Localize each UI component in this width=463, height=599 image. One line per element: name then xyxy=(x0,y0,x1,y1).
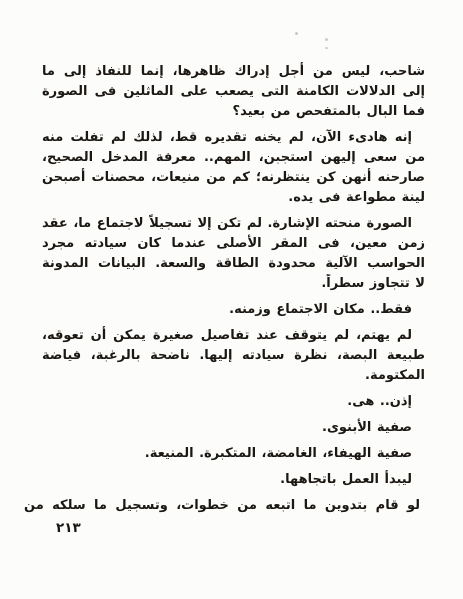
paragraph: شاحب، ليس من أجل إدراك ظاهرها، إنما للنف… xyxy=(42,62,425,122)
text-line: صفية الأبنوى. xyxy=(42,418,425,438)
paragraph: فقط.. مكان الاجتماع وزمنه. xyxy=(42,300,425,320)
text-line: لم يهتم، لم يتوقف عند تفاصيل صغيرة يمكن … xyxy=(42,326,425,346)
paragraph: ليبدأ العمل باتجاهها. xyxy=(42,470,425,490)
text-line: صفية الهيفاء، الغامضة، المتكبرة. المنيعة… xyxy=(42,444,425,464)
text-line: إذن.. هى. xyxy=(42,392,425,412)
text-line: شاحب، ليس من أجل إدراك ظاهرها، إنما للنف… xyxy=(42,62,425,82)
text-line: لا تتجاوز سطراً. xyxy=(42,274,425,294)
text-line: المكتومة. xyxy=(42,366,425,386)
text-line: إلى الدلالات الكامنة التى يصعب على الماث… xyxy=(42,82,425,102)
text-line: الصورة منحته الإشارة. لم تكن إلا تسجيلاً… xyxy=(42,214,425,234)
paragraph: إذن.. هى. xyxy=(42,392,425,412)
text-line: فما البال بالمتفحص من بعيد؟ xyxy=(42,102,425,122)
paragraph: صفية الهيفاء، الغامضة، المتكبرة. المنيعة… xyxy=(42,444,425,464)
paragraph: صفية الأبنوى. xyxy=(42,418,425,438)
text-line: لو قام بتدوين ما اتبعه من خطوات، وتسجيل … xyxy=(24,496,433,516)
paragraph: إنه هادىء الآن، لم يخنه تقديره قط، لذلك … xyxy=(42,128,425,208)
text-line: إنه هادىء الآن، لم يخنه تقديره قط، لذلك … xyxy=(42,128,425,148)
paragraph: لم يهتم، لم يتوقف عند تفاصيل صغيرة يمكن … xyxy=(42,326,425,386)
text-line: ليبدأ العمل باتجاهها. xyxy=(42,470,425,490)
book-page: شاحب، ليس من أجل إدراك ظاهرها، إنما للنف… xyxy=(0,0,463,599)
text-line: لينة مطواعة فى يده. xyxy=(42,188,425,208)
page-number: ٢١٣ xyxy=(56,520,81,536)
text-line: زمن معين، فى المقر الأصلى عندما كان سياد… xyxy=(42,234,425,254)
text-line: صارحنه أنهن كن ينتظرنه؛ كم من منيعات، مح… xyxy=(42,168,425,188)
paragraph: الصورة منحته الإشارة. لم تكن إلا تسجيلاً… xyxy=(42,214,425,294)
scan-speck-icon xyxy=(325,47,328,49)
text-line: طبيعة البصة، نظرة سيادته إليها. ناضحة با… xyxy=(42,346,425,366)
scan-speck-icon xyxy=(325,38,328,41)
paragraph: لو قام بتدوين ما اتبعه من خطوات، وتسجيل … xyxy=(42,496,425,516)
text-block: شاحب، ليس من أجل إدراك ظاهرها، إنما للنف… xyxy=(42,62,425,522)
text-line: فقط.. مكان الاجتماع وزمنه. xyxy=(42,300,425,320)
text-line: من سعى إليهن استجبن، المهم.. معرفة المدخ… xyxy=(42,148,425,168)
scan-speck-icon xyxy=(295,32,298,35)
text-line: الحواسب الآلية محدودة الطاقة والسعة. الب… xyxy=(42,254,425,274)
